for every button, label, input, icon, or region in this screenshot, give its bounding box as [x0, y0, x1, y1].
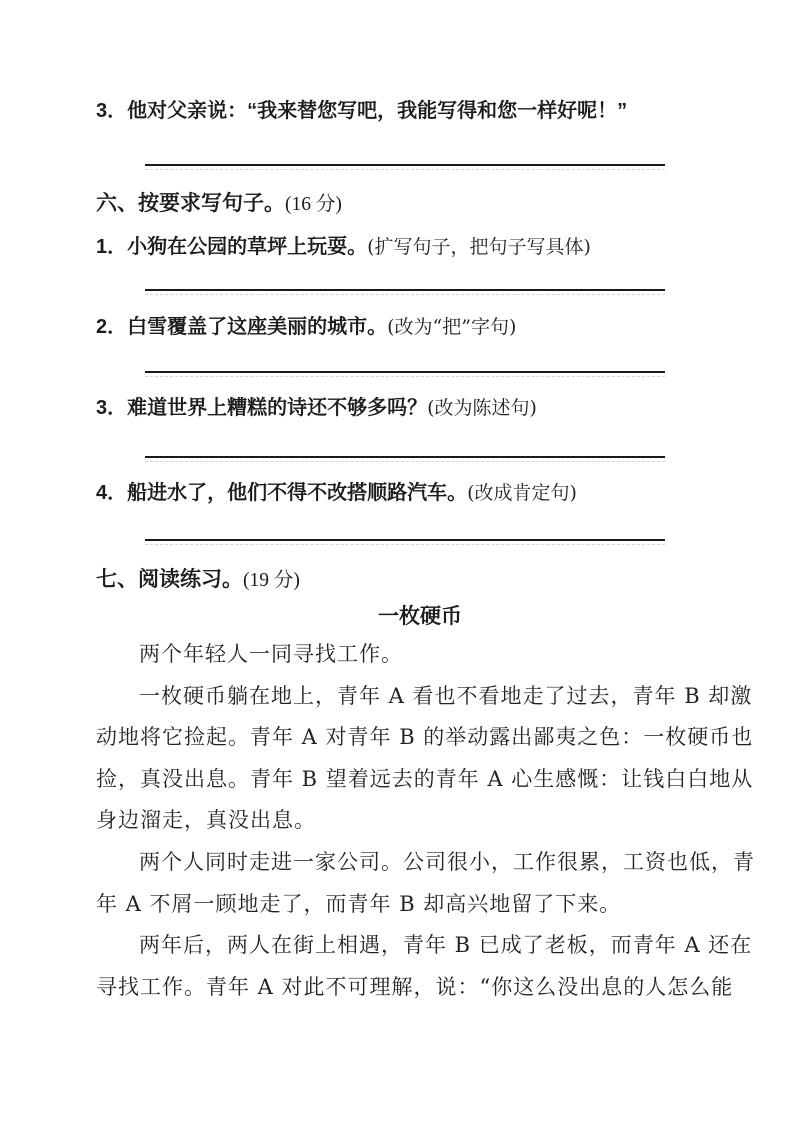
question-item-6-4: 4．船进水了，他们不得不改搭顺路汽车。(改成肯定句)	[96, 480, 733, 507]
question-number: 4．	[96, 482, 127, 504]
passage-line: 两年后，两人在街上相遇，青年 B 已成了老板，而青年 A 还在	[96, 925, 712, 967]
question-note: (改成肯定句)	[467, 482, 577, 504]
question-text: 白雪覆盖了这座美丽的城市。	[127, 316, 387, 338]
reading-title: 一枚硬币	[100, 603, 740, 630]
question-text: 难道世界上糟糕的诗还不够多吗？	[127, 397, 427, 419]
section-heading-seven: 七、阅读练习。(19 分)	[96, 566, 300, 594]
question-text: 船进水了，他们不得不改搭顺路汽车。	[127, 482, 467, 504]
section-heading-text: 七、阅读练习。	[96, 568, 243, 591]
answer-blank-line	[145, 371, 665, 380]
answer-blank-line	[145, 539, 665, 548]
answer-blank-line	[145, 164, 665, 173]
question-number: 3．	[96, 100, 127, 122]
question-text: 他对父亲说：“我来替您写吧，我能写得和您一样好呢！”	[127, 100, 627, 122]
section-heading-text: 六、按要求写句子。	[96, 192, 285, 215]
section-score: (19 分)	[243, 570, 300, 591]
section-heading-six: 六、按要求写句子。(16 分)	[96, 190, 342, 218]
question-item-6-3: 3．难道世界上糟糕的诗还不够多吗？(改为陈述句)	[96, 395, 733, 422]
question-item-6-1: 1．小狗在公园的草坪上玩耍。(扩写句子，把句子写具体)	[96, 234, 733, 261]
question-number: 3．	[96, 397, 127, 419]
section-score: (16 分)	[285, 194, 342, 215]
question-item-5-3: 3．他对父亲说：“我来替您写吧，我能写得和您一样好呢！”	[96, 98, 733, 125]
passage-line: 两个人同时走进一家公司。公司很小，工作很累，工资也低，青	[96, 842, 712, 884]
question-text: 小狗在公园的草坪上玩耍。	[127, 236, 367, 258]
passage-line: 身边溜走，真没出息。	[96, 800, 712, 842]
answer-blank-line	[145, 456, 665, 465]
question-number: 2．	[96, 316, 127, 338]
passage-line: 捡，真没出息。青年 B 望着远去的青年 A 心生感慨：让钱白白地从	[96, 759, 712, 801]
question-note: (改为“把”字句)	[387, 316, 516, 338]
passage-line: 动地将它捡起。青年 A 对青年 B 的举动露出鄙夷之色：一枚硬币也	[96, 717, 712, 759]
answer-blank-line	[145, 289, 665, 298]
question-item-6-2: 2．白雪覆盖了这座美丽的城市。(改为“把”字句)	[96, 314, 733, 341]
passage-line: 年 A 不屑一顾地走了，而青年 B 却高兴地留了下来。	[96, 884, 712, 926]
passage-line: 寻找工作。青年 A 对此不可理解，说：“你这么没出息的人怎么能	[96, 967, 712, 1009]
question-note: (改为陈述句)	[427, 397, 537, 419]
question-number: 1．	[96, 236, 127, 258]
question-note: (扩写句子，把句子写具体)	[367, 236, 591, 258]
passage-line: 两个年轻人一同寻找工作。	[96, 634, 712, 676]
passage-line: 一枚硬币躺在地上，青年 A 看也不看地走了过去，青年 B 却激	[96, 676, 712, 718]
worksheet-page: 3．他对父亲说：“我来替您写吧，我能写得和您一样好呢！” 六、按要求写句子。(1…	[0, 0, 793, 1122]
reading-passage: 两个年轻人一同寻找工作。 一枚硬币躺在地上，青年 A 看也不看地走了过去，青年 …	[96, 634, 712, 1008]
